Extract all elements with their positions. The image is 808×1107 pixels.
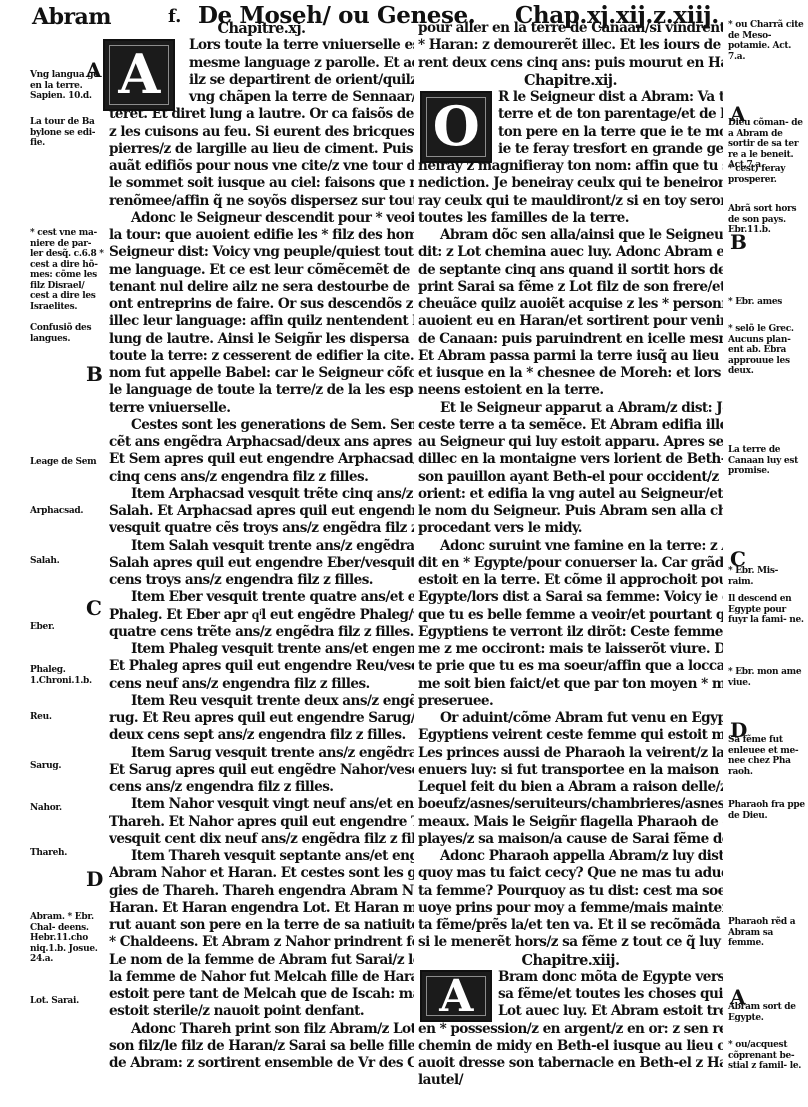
text-line: auoit dresse son tabernacle en Beth-el z… [418,1055,723,1072]
text-line: te prie que tu es ma soeur/affin que a l… [418,658,723,675]
text-line: Thareh. Et Nahor apres quil eut engendre… [109,814,414,831]
text-line: rut auant son pere en la terre de sa nat… [109,917,414,934]
text-line: Abram Nahor et Haran. Et cestes sont les… [109,865,414,882]
margin-note: Reu. [30,712,106,723]
decorated-initial-icon: A [103,39,175,111]
text-line: deux cens sept ans/z engendra filz z fil… [109,727,414,744]
text-line: et iusque en la * chesnee de Moreh: et l… [418,365,723,382]
text-line: cheuãce quilz auoiẽt acquise z les * per… [418,296,723,313]
text-line: chemin de midy en Beth-el iusque au lieu… [418,1038,723,1055]
text-line: print Sarai sa fẽme z Lot filz de son fr… [418,279,723,296]
chapter-13-block: A Bram donc mõta de Egypte vers midy: lu… [418,969,723,1090]
text-line: son filz/le filz de Haran/z Sarai sa bel… [109,1038,414,1055]
text-line: si le menerẽt hors/z sa fẽme z tout ce q… [418,934,723,951]
text-line: cens troys ans/z engendra filz z filles. [109,572,414,589]
text-line: cẽt ans engẽdra Arphacsad/deux ans apres… [109,434,414,451]
text-line: le language de toute la terre/z de la le… [109,382,414,399]
text-line: en * possession/z en argent/z en or: z s… [418,1021,723,1038]
margin-note: Dieu cõman- de a Abram de sortir de sa t… [728,118,806,171]
text-line: Egyptiens te verront ilz dirõt: Ceste fe… [418,624,723,641]
text-line: ta femme? Pourquoy as tu dist: cest ma s… [418,883,723,900]
text-line: Item Sarug vesquit trente ans/z engẽdra … [109,745,414,762]
margin-note: Abram sort de Egypte. [728,1002,806,1023]
margin-note: * cest vne ma- niere de par- ler desq̃. … [30,228,106,312]
text-line: dit en * Egypte/pour conuerser la. Car g… [418,555,723,572]
text-line: * Chaldeens. Et Abram z Nahor prindrent … [109,934,414,951]
text-line: de Abram: z sortirent ensemble de Vr des… [109,1055,414,1072]
margin-note: Pharaoh rẽd a Abram sa femme. [728,917,806,949]
margin-note: Phaleg. 1.Chroni.1.b. [30,665,106,686]
text-line: au Seigneur qui luy estoit apparu. Apres… [418,434,723,451]
bible-page: Abram f. De Moseh/ ou Genese. Chap.xj.xi… [0,0,808,1107]
text-line: Le nom de la femme de Abram fut Sarai/z … [109,952,414,969]
text-line: estoit pere tant de Melcah que de Iscah:… [109,986,414,1003]
text-line: quoy mas tu faict cecy? Que ne mas tu ad… [418,865,723,882]
margin-note: Pharaoh fra ppe de Dieu. [728,800,806,821]
margin-note: * selõ le Grec. Aucuns plan- ent ab. Ebr… [728,324,806,377]
margin-note: * Ebr. Mis- raim. [728,566,806,587]
chapter-heading: Chapitre.xij. [418,72,723,89]
section-letter: C [86,596,102,620]
text-line: cens neuf ans/z engendra filz z filles. [109,676,414,693]
left-text-column: Chapitre.xj. A Lors toute la terre vniue… [109,20,414,1072]
text-line: Item Salah vesquit trente ans/z engẽdra … [109,538,414,555]
text-line: rent deux cens cinq ans: puis mourut en … [418,55,723,72]
text-line: Abram dõc sen alla/ainsi que le Seigneur… [418,227,723,244]
text-line: toutes les familles de la terre. [418,210,723,227]
text-line: procedant vers le midy. [418,520,723,537]
text-line: me z me occiront: mais te laisserõt viur… [418,641,723,658]
text-line: Egypte/lors dist a Sarai sa femme: Voicy… [418,589,723,606]
margin-note: Eber. [30,622,106,633]
text-line: pour aller en la terre de Canaan/si vind… [418,20,723,37]
text-line: terre vniuerselle. [109,400,414,417]
text-line: ray ceulx qui te mauldiront/z si en toy … [418,193,723,210]
section-letter: B [730,230,747,254]
text-line: neens estoient en la terre. [418,382,723,399]
running-title-left: Abram [32,4,111,30]
decorated-initial-icon: A [420,970,492,1022]
text-line: quatre cens trẽte ans/z engẽdra filz z f… [109,624,414,641]
text-line: le nom du Seigneur. Puis Abram sen alla … [418,503,723,520]
text-line: rug. Et Reu apres quil eut engendre Saru… [109,710,414,727]
text-line: illec leur language: affin quilz nentend… [109,313,414,330]
margin-note: Il descend en Egypte pour fuyr la fami- … [728,594,806,626]
text-line: ont entreprins de faire. Or sus descendõ… [109,296,414,313]
text-line: estoit en la terre. Et cõme il approchoi… [418,572,723,589]
text-line: la femme de Nahor fut Melcah fille de Ha… [109,969,414,986]
text-line: Item Eber vesquit trente quatre ans/et e… [109,589,414,606]
text-line: lung de lautre. Ainsi le Seigñr les disp… [109,331,414,348]
text-line: de Canaan: puis paruindrent en icelle me… [418,331,723,348]
text-line: renõmee/affin q̃ ne soyõs dispersez sur … [109,193,414,210]
margin-note: La tour de Ba bylone se edi- fie. [30,117,106,149]
text-line: pierres/z de largille au lieu de ciment.… [109,141,414,158]
text-line: toute la terre: z cesserent de edifier l… [109,348,414,365]
text-line: Salah apres quil eut engendre Eber/vesqu… [109,555,414,572]
text-line: Item Phaleg vesquit trente ans/et engend… [109,641,414,658]
margin-note: Leage de Sem [30,457,106,468]
margin-note: La terre de Canaan luy est promise. [728,445,806,477]
margin-note: Nahor. [30,803,106,814]
margin-note: Arphacsad. [30,506,106,517]
right-column-mid-lines: R le Seigneur dist a Abram: Va ten de ta… [418,89,723,952]
text-line: nom fut appelle Babel: car le Seigneur c… [109,365,414,382]
text-line: playes/z sa maison/a cause de Sarai fẽme… [418,831,723,848]
text-line: uoye prins pour moy a femme/mais mainten… [418,900,723,917]
text-line: z les cuisons au feu. Si eurent des bric… [109,124,414,141]
text-line: * Haran: z demourerẽt illec. Et les iour… [418,37,723,54]
margin-note: * ou/acquest cõprenant be- stial z famil… [728,1040,806,1072]
text-line: gies de Thareh. Thareh engendra Abram Na… [109,883,414,900]
text-line: Phaleg. Et Eber apr qͥl eut engẽdre Phal… [109,607,414,624]
text-line: Et Phaleg apres quil eut engendre Reu/ve… [109,658,414,675]
chapter-heading: Chapitre.xiij. [418,952,723,969]
text-line: auoient eu en Haran/et sortirent pour ve… [418,313,723,330]
margin-note: * cest) feray prosperer. [728,164,806,185]
text-line: ceste terre a ta semẽce. Et Abram edifia… [418,417,723,434]
text-line: Adonc Thareh print son filz Abram/z Lot … [109,1021,414,1038]
text-line: Adonc le Seigneur descendit pour * veoir… [109,210,414,227]
text-line: ta fẽme/prẽs la/et ten va. Et il se recõ… [418,917,723,934]
text-line: Cestes sont les generations de Sem. Sem … [109,417,414,434]
text-line: Seigneur dist: Voicy vng peuple/quiest t… [109,244,414,261]
margin-note: * Ebr. ames [728,297,806,308]
text-line: le sommet soit iusque au ciel: faisons q… [109,175,414,192]
text-line: Item Reu vesquit trente deux ans/z engẽd… [109,693,414,710]
right-column-top-lines: pour aller en la terre de Canaan/si vind… [418,20,723,72]
text-line: Haran. Et Haran engendra Lot. Et Haran m… [109,900,414,917]
text-line: Item Thareh vesquit septante ans/et enge… [109,848,414,865]
margin-note: Salah. [30,556,106,567]
text-line: Or aduint/cõme Abram fut venu en Egypte … [418,710,723,727]
text-line: Item Nahor vesquit vingt neuf ans/et eng… [109,796,414,813]
text-line: vesquit quatre cẽs troys ans/z engẽdra f… [109,520,414,537]
text-line: preseruee. [418,693,723,710]
margin-note: Thareh. [30,848,106,859]
margin-note: Sarug. [30,761,106,772]
text-line: Les princes aussi de Pharaoh la veirent/… [418,745,723,762]
margin-note: Lot. Sarai. [30,996,106,1007]
text-line: Et le Seigneur apparut a Abram/z dist: J… [418,400,723,417]
text-line: dillec en la montaigne vers lorient de B… [418,451,723,468]
text-line: auãt edifiõs pour nous vne cite/z vne to… [109,158,414,175]
chapter-12-block: O R le Seigneur dist a Abram: Va ten de … [418,89,723,952]
margin-note: Sa fẽme fut enleuee et me- nee chez Pha … [728,735,806,777]
margin-note: Abram. * Ebr. Chal- deens. Hebr.11.cho n… [30,912,106,965]
text-line: vesquit cent dix neuf ans/z engẽdra filz… [109,831,414,848]
chapter-heading: Chapitre.xj. [109,20,414,37]
text-line: estoit sterile/z nauoit point denfant. [109,1003,414,1020]
text-line: boeufz/asnes/seruiteurs/chambrieres/asne… [418,796,723,813]
text-line: la tour: que auoient edifie les * filz d… [109,227,414,244]
text-line: orient: et edifia la vng autel au Seigne… [418,486,723,503]
text-line: Et Sarug apres quil eut engẽdre Nahor/ve… [109,762,414,779]
right-text-column: pour aller en la terre de Canaan/si vind… [418,20,723,1090]
left-column-lines: Lors toute la terre vniuerselle estoit d… [109,37,414,1072]
text-line: Adonc Pharaoh appella Abram/z luy dist: … [418,848,723,865]
text-line: lautel/ [418,1072,723,1089]
margin-note: * ou Charrã cite de Meso- potamie. Act. … [728,20,806,62]
text-line: me language. Et ce est leur cõmẽcemẽt de… [109,262,414,279]
text-line: Et Abram passa parmi la terre iusq̃ au l… [418,348,723,365]
text-line: cens ans/z engendra filz z filles. [109,779,414,796]
text-line: tenant nul delire ailz ne sera destourbe… [109,279,414,296]
decorated-initial-icon: O [420,91,492,163]
text-line: cinq cens ans/z engendra filz z filles. [109,469,414,486]
section-letter: B [86,362,103,386]
text-line: Adonc suruint vne famine en la terre: z … [418,538,723,555]
text-line: son pauillon ayant Beth-el pour occident… [418,469,723,486]
text-line: meaux. Mais le Seigñr flagella Pharaoh d… [418,814,723,831]
section-letter: D [86,867,103,891]
text-line: Egyptiens veirent ceste femme qui estoit… [418,727,723,744]
margin-note: * Ebr. mon ame viue. [728,667,806,688]
text-line: dit: z Lot chemina auec luy. Adonc Abram… [418,244,723,261]
text-line: Lequel feit du bien a Abram a raison del… [418,779,723,796]
text-line: me soit bien faict/et que par ton moyen … [418,676,723,693]
margin-note: Vng langua ge en la terre. Sapien. 10.d. [30,70,106,102]
margin-note: Confusiõ des langues. [30,323,106,344]
text-line: enuers luy: si fut transportee en la mai… [418,762,723,779]
text-line: Et Sem apres quil eut engendre Arphacsad… [109,451,414,468]
text-line: nediction. Je beneiray ceulx qui te bene… [418,175,723,192]
text-line: Salah. Et Arphacsad apres quil eut engen… [109,503,414,520]
text-line: Item Arphacsad vesquit trẽte cinq ans/z … [109,486,414,503]
text-line: de septante cinq ans quand il sortit hor… [418,262,723,279]
text-line: que tu es belle femme a veoir/et pourtan… [418,607,723,624]
